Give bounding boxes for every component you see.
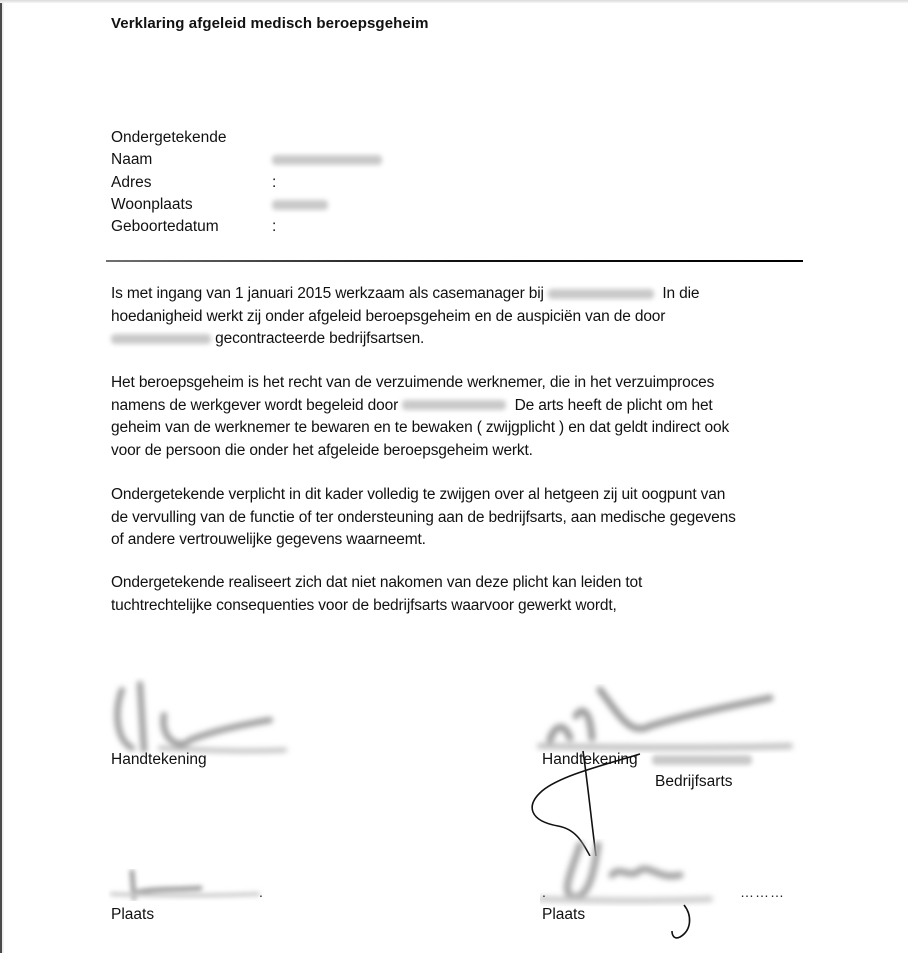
page-edge xyxy=(0,0,4,953)
text-line: namens de werkgever wordt begeleid door … xyxy=(111,395,811,418)
signature-left xyxy=(100,670,300,760)
place-dots-left: . xyxy=(259,884,264,900)
field-adres: Adres: xyxy=(111,172,382,194)
signatory-heading: Ondergetekende xyxy=(111,127,382,149)
document-page: Verklaring afgeleid medisch beroepsgehei… xyxy=(0,0,908,953)
text-line: Is met ingang van 1 januari 2015 werkzaa… xyxy=(111,283,811,306)
text-line: Het beroepsgeheim is het recht van de ve… xyxy=(111,372,811,395)
signatory-fields: Ondergetekende Naam Adres: Woonplaats Ge… xyxy=(111,127,382,238)
field-separator: : xyxy=(272,216,276,238)
field-woonplaats: Woonplaats xyxy=(111,194,382,216)
text-line: hoedanigheid werkt zij onder afgeleid be… xyxy=(111,306,811,329)
place-label-left: Plaats xyxy=(111,906,154,924)
paragraph-obligation: Ondergetekende verplicht in dit kader vo… xyxy=(111,484,811,552)
redacted-company xyxy=(548,289,654,299)
redacted-doctor-name xyxy=(652,755,752,765)
paragraph-professional-secrecy: Het beroepsgeheim is het recht van de ve… xyxy=(111,372,811,462)
field-separator: : xyxy=(272,172,276,194)
place-label-right: Plaats xyxy=(542,906,585,924)
paragraph-consequences: Ondergetekende realiseert zich dat niet … xyxy=(111,572,811,617)
text-line: tuchtrechtelijke consequenties voor de b… xyxy=(111,595,811,618)
text-line: geheim van de werknemer te bewaren en te… xyxy=(111,417,811,440)
field-label: Woonplaats xyxy=(111,194,272,216)
redacted-company xyxy=(402,400,506,410)
place-dots-right-start: . xyxy=(542,884,547,900)
text-line: gecontracteerde bedrijfsartsen. xyxy=(111,328,811,351)
text-line: Ondergetekende realiseert zich dat niet … xyxy=(111,572,811,595)
text-line: voor de persoon die onder het afgeleide … xyxy=(111,440,811,463)
text-line: of andere vertrouwelijke gegevens waarne… xyxy=(111,529,811,552)
document-title: Verklaring afgeleid medisch beroepsgehei… xyxy=(111,15,429,32)
place-signature-right xyxy=(540,835,740,945)
field-naam: Naam xyxy=(111,149,382,171)
role-bedrijfsarts: Bedrijfsarts xyxy=(655,773,733,791)
signature-label-left: Handtekening xyxy=(111,751,207,769)
field-geboortedatum: Geboortedatum: xyxy=(111,216,382,238)
field-label: Naam xyxy=(111,149,272,171)
field-label: Geboortedatum xyxy=(111,216,272,238)
text-line: Ondergetekende verplicht in dit kader vo… xyxy=(111,484,811,507)
place-dots-right-end: ……… xyxy=(740,884,785,900)
page-edge-top xyxy=(0,0,908,3)
redacted-name xyxy=(272,155,382,165)
text-line: de vervulling van de functie of ter onde… xyxy=(111,507,811,530)
redacted-company xyxy=(111,334,211,344)
field-label: Adres xyxy=(111,172,272,194)
signature-label-right: Handtekening xyxy=(542,751,638,769)
redacted-city xyxy=(272,200,328,210)
paragraph-employment: Is met ingang van 1 januari 2015 werkzaa… xyxy=(111,283,811,351)
divider-line xyxy=(106,260,803,262)
